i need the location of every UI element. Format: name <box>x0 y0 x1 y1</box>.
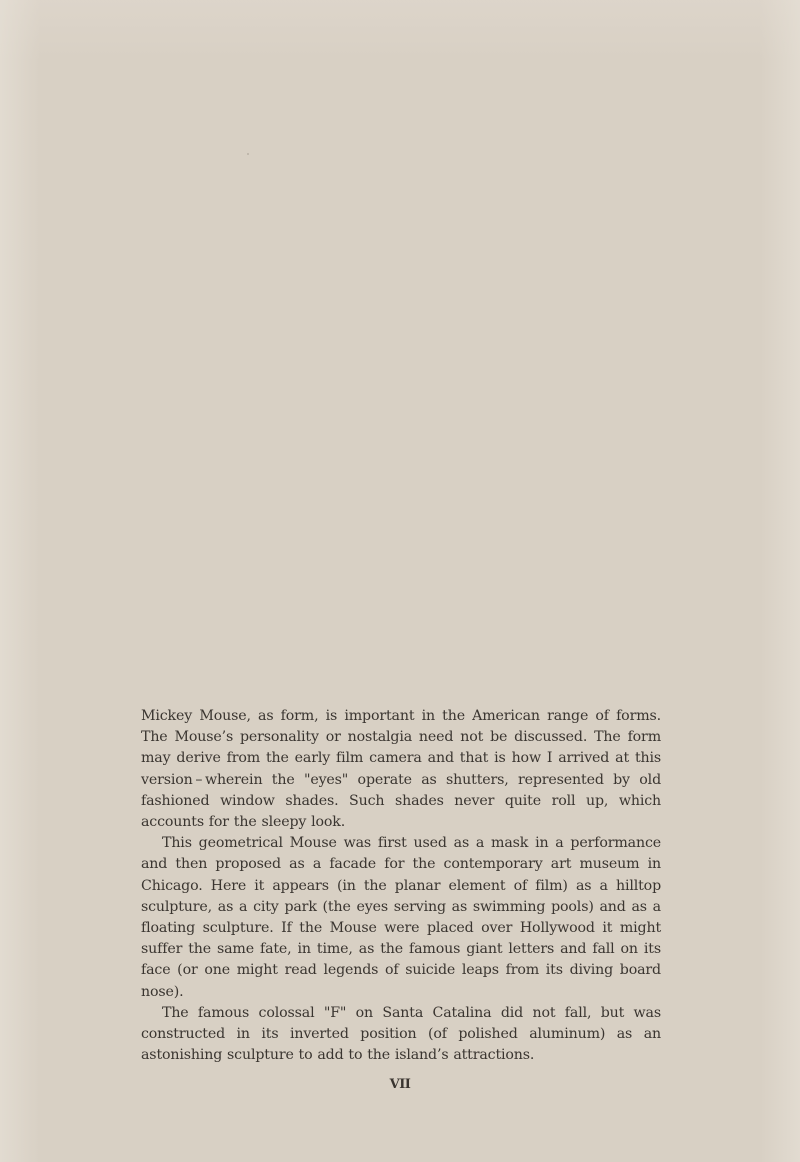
book-page: Mickey Mouse, as form, is important in t… <box>0 0 800 1162</box>
paragraph-3: The famous colossal "F" on Santa Catalin… <box>141 1003 661 1067</box>
paragraph-1: Mickey Mouse, as form, is important in t… <box>141 706 661 833</box>
page-number: VII <box>0 1077 800 1092</box>
paper-speck <box>247 153 249 155</box>
body-text: Mickey Mouse, as form, is important in t… <box>141 706 661 1066</box>
paragraph-2: This geometrical Mouse was first used as… <box>141 833 661 1003</box>
